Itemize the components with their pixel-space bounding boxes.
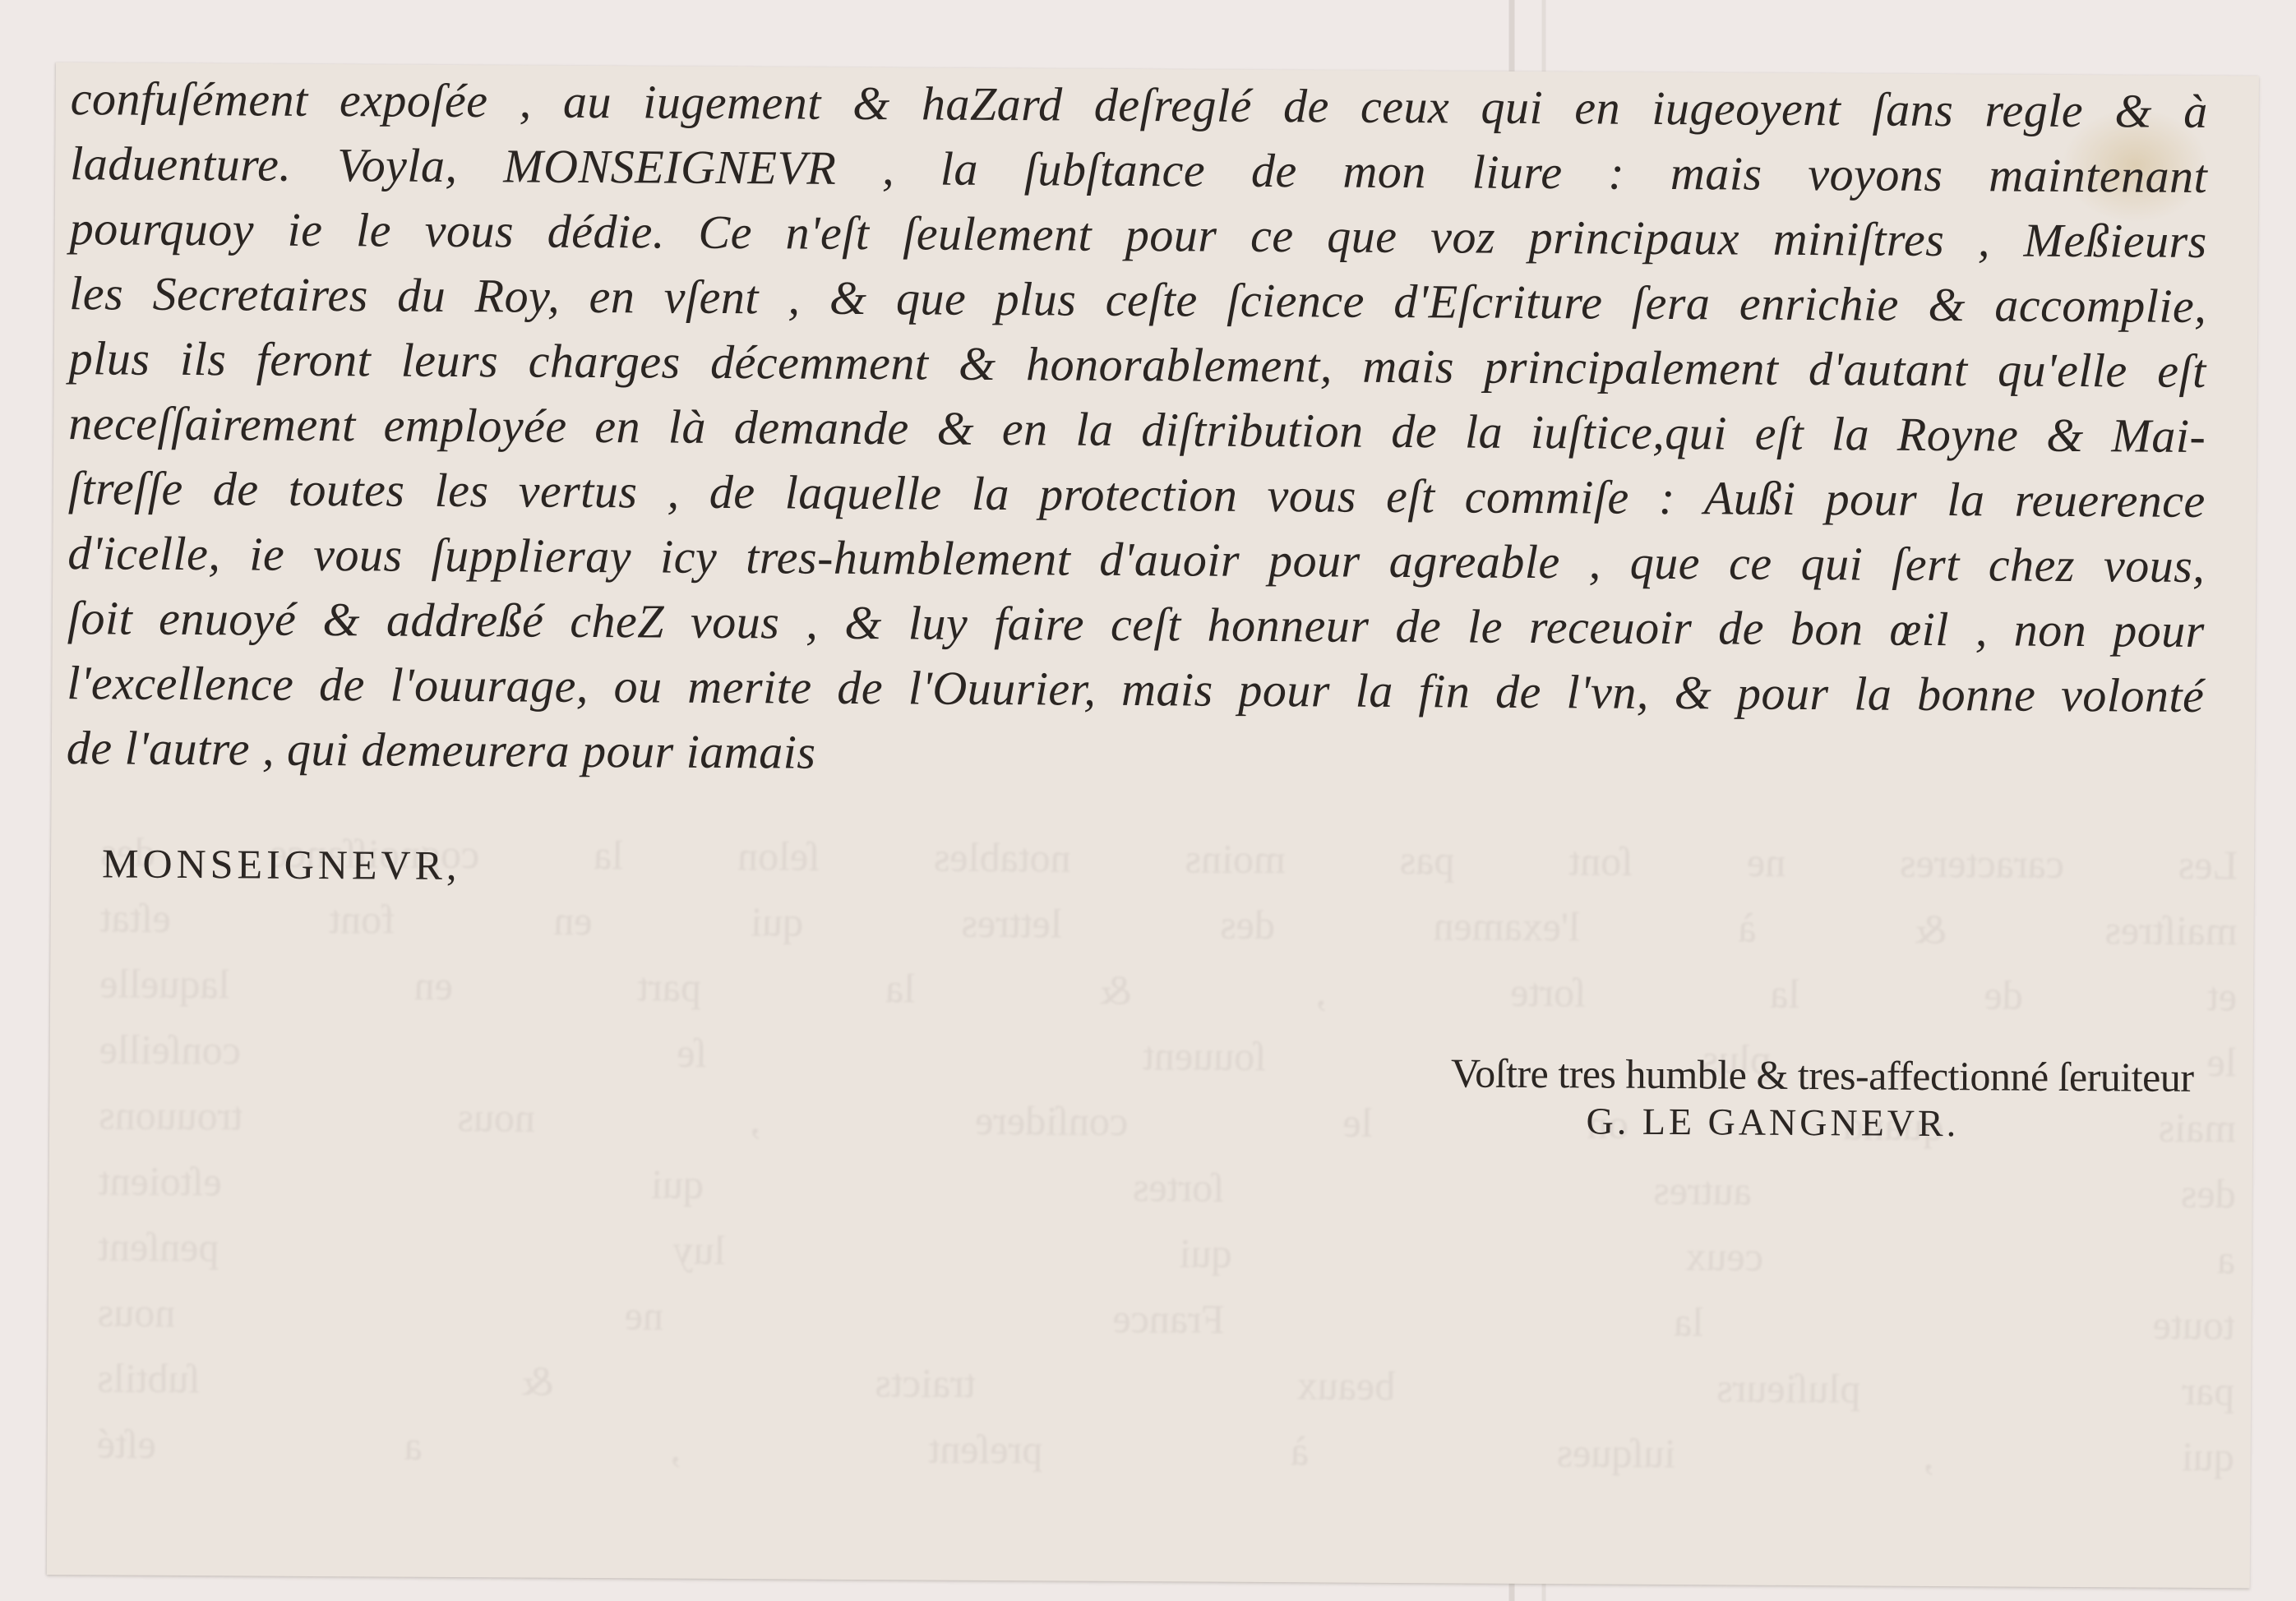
salutation: MONSEIGNEVR, [102, 839, 461, 889]
bleed-line: par pluſieurs beaux traicts & ſubtils [97, 1345, 2234, 1423]
bleed-line: maiſtres & à l'examen des lettres qui en… [99, 884, 2237, 963]
dedication-body: confuſément expoſée , au iugement & haZa… [67, 66, 2208, 793]
bleed-line: des autres ſortes qui eſtoient [98, 1147, 2235, 1226]
closing-formula: Voſtre tres humble & tres-affectionné ſe… [1451, 1049, 2194, 1101]
bleed-through-text: Les caracteres ne ſont pas moins notable… [96, 819, 2238, 1489]
document-page: Les caracteres ne ſont pas moins notable… [47, 62, 2259, 1588]
bleed-line: qui , iuſques à preſent , a eſté [96, 1410, 2234, 1489]
signature: G. LE GANGNEVR. [1450, 1098, 2193, 1147]
body-line: de l'autre , qui demeurera pour iamais [67, 715, 2204, 793]
bleed-line: a ceux qui luy penſent [98, 1213, 2235, 1292]
closing-block: Voſtre tres humble & tres-affectionné ſe… [1450, 1049, 2193, 1147]
bleed-line: toute la France ne nous [97, 1279, 2234, 1358]
bleed-line: et de la ſorte , & la part en laquelle [99, 950, 2237, 1029]
